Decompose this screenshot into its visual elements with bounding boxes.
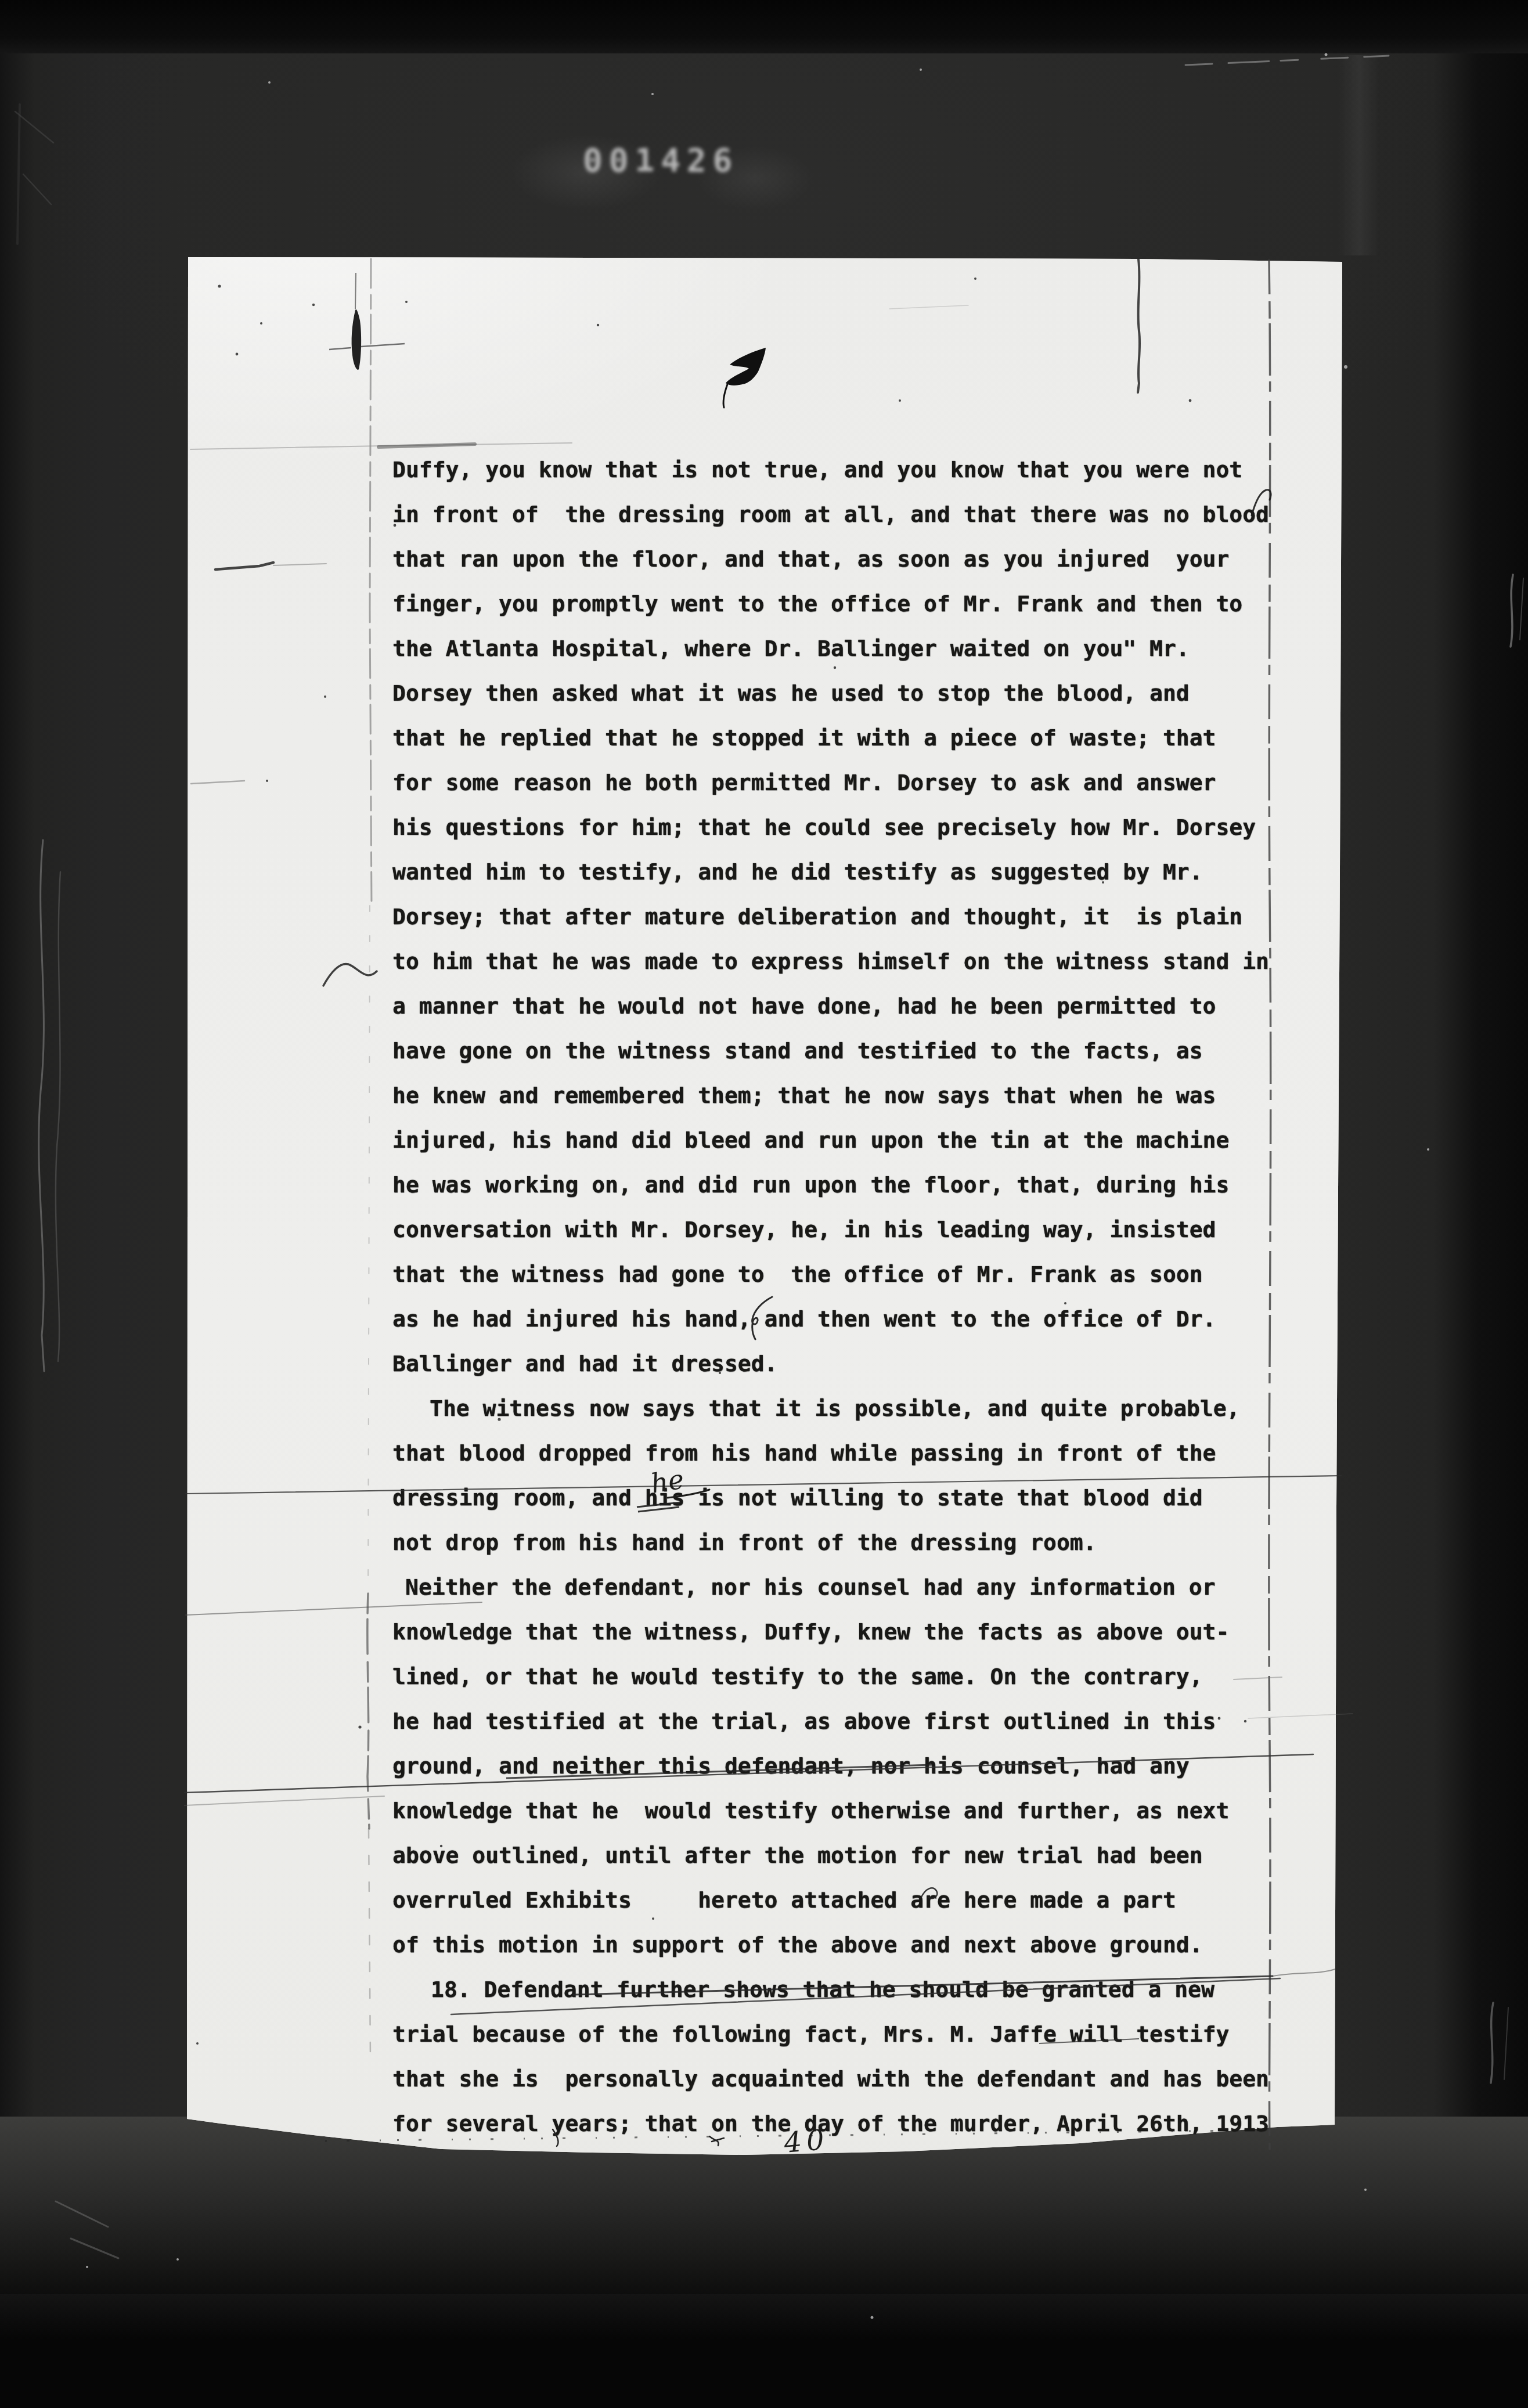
typewritten-line: that blood dropped from his hand while p… [392,1431,1298,1476]
typewritten-line: for some reason he both permitted Mr. Do… [392,760,1298,805]
typewritten-line: 18. Defendant further shows that he shou… [392,1967,1298,2012]
typewritten-line: his questions for him; that he could see… [392,805,1298,850]
typewritten-line: to him that he was made to express himse… [392,939,1298,984]
typewritten-line: knowledge that the witness, Duffy, knew … [392,1610,1298,1654]
typewritten-line: he knew and remembered them; that he now… [392,1073,1298,1118]
typewritten-line: Dorsey then asked what it was he used to… [392,671,1298,716]
typewritten-line: above outlined, until after the motion f… [392,1833,1298,1878]
typewritten-line: that ran upon the floor, and that, as so… [392,537,1298,582]
typewritten-line: as he had injured his hand, and then wen… [392,1297,1298,1342]
typewritten-line: he was working on, and did run upon the … [392,1163,1298,1207]
typewritten-line: the Atlanta Hospital, where Dr. Ballinge… [392,626,1298,671]
page-stamp-number: 001426 [583,142,738,179]
typewritten-line: that he replied that he stopped it with … [392,716,1298,760]
typewritten-text-block: Duffy, you know that is not true, and yo… [392,448,1298,2146]
typewritten-line: ground, and neither this defendant, nor … [392,1744,1298,1789]
typewritten-line: for several years; that on the day of th… [392,2101,1298,2146]
typewritten-line: lined, or that he would testify to the s… [392,1654,1298,1699]
typewritten-line: Dorsey; that after mature deliberation a… [392,895,1298,939]
typewritten-line: Ballinger and had it dressed. [392,1342,1298,1386]
typewritten-line: Duffy, you know that is not true, and yo… [392,448,1298,492]
typewritten-line: in front of the dressing room at all, an… [392,492,1298,537]
photostat-scan: 001426 Duffy, you know that is not true,… [0,0,1528,2408]
typewritten-line: a manner that he would not have done, ha… [392,984,1298,1029]
typewritten-line: injured, his hand did bleed and run upon… [392,1118,1298,1163]
typewritten-line: have gone on the witness stand and testi… [392,1029,1298,1073]
typewritten-line: not drop from his hand in front of the d… [392,1520,1298,1565]
typewritten-line: wanted him to testify, and he did testif… [392,850,1298,895]
typewritten-line: overruled Exhibits hereto attached are h… [392,1878,1298,1923]
typewritten-line: that she is personally acquainted with t… [392,2057,1298,2101]
typewritten-line: that the witness had gone to the office … [392,1252,1298,1297]
typewritten-line: Neither the defendant, nor his counsel h… [392,1565,1298,1610]
film-bottom-band [0,2294,1528,2408]
typewritten-line: knowledge that he would testify otherwis… [392,1789,1298,1833]
typewritten-line: trial because of the following fact, Mrs… [392,2012,1298,2057]
typewritten-line: he had testified at the trial, as above … [392,1699,1298,1744]
typewritten-line: conversation with Mr. Dorsey, he, in his… [392,1207,1298,1252]
typewritten-line: dressing room, and his is not willing to… [392,1476,1298,1520]
typewritten-line: of this motion in support of the above a… [392,1923,1298,1967]
typewritten-line: finger, you promptly went to the office … [392,582,1298,626]
typewritten-line: The witness now says that it is possible… [392,1386,1298,1431]
film-top-band [0,0,1528,53]
